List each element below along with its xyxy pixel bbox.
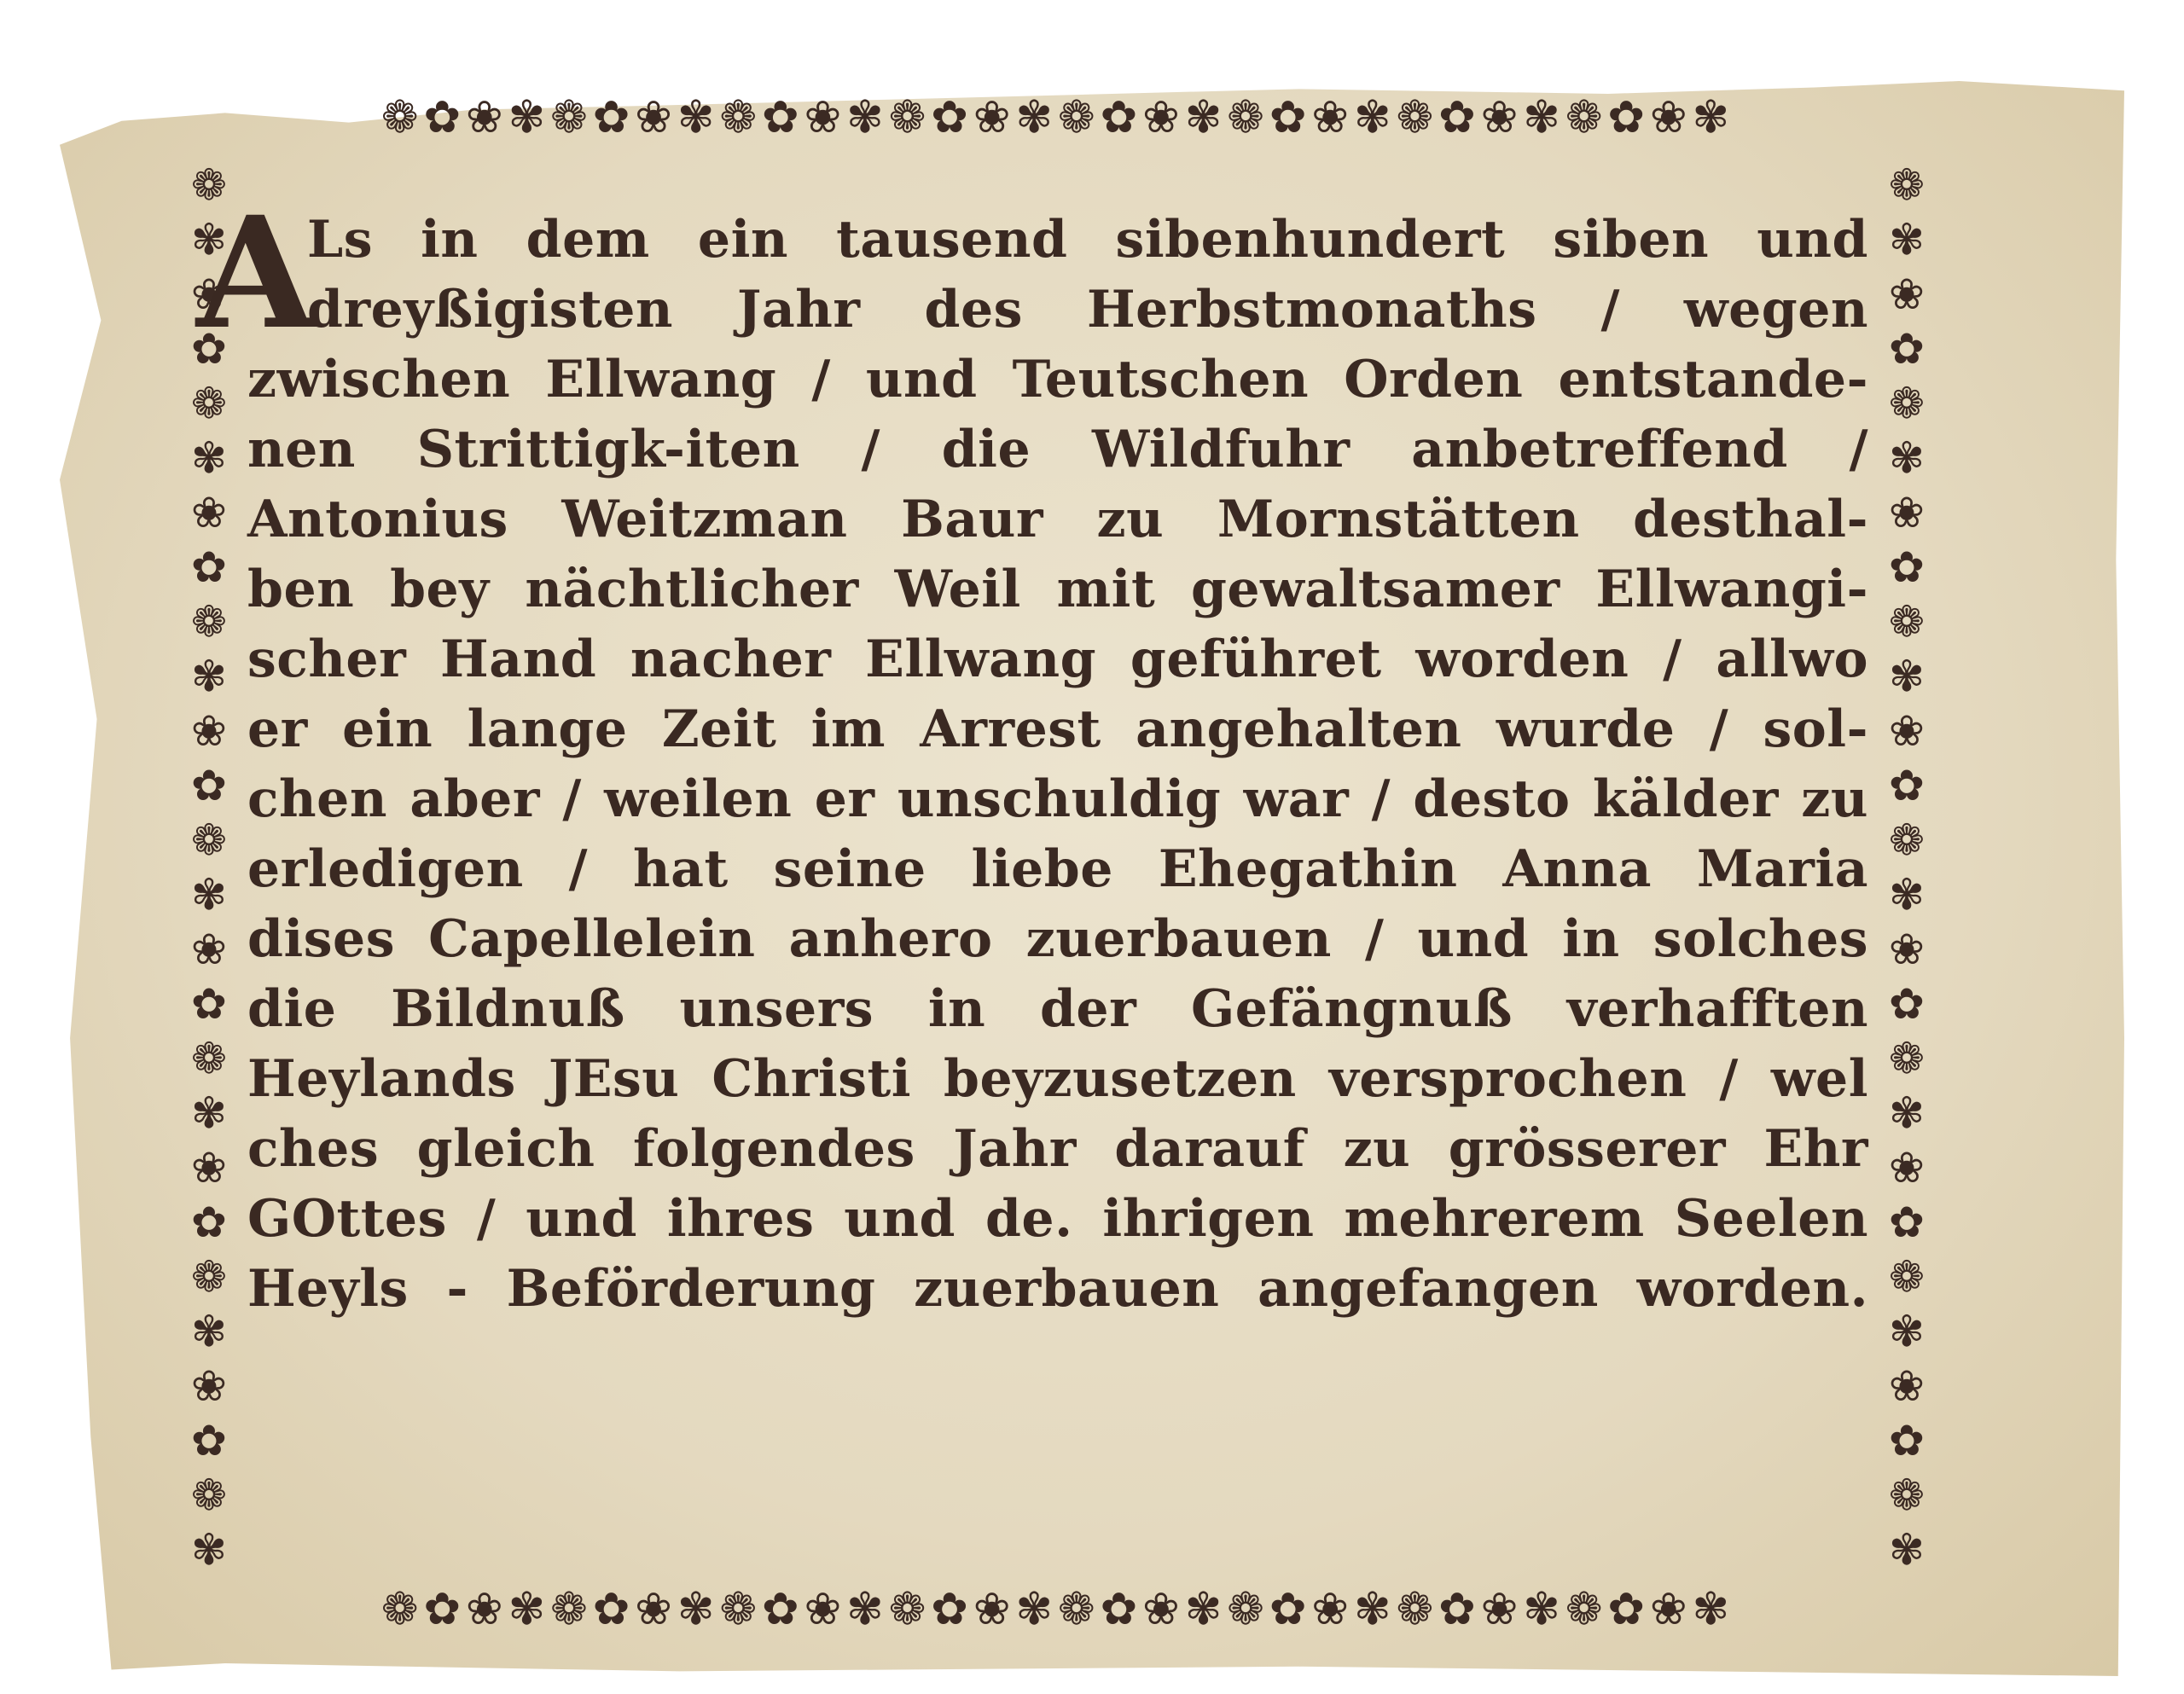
text-line: die Bildnuß unsers in der Gefängnuß verh… bbox=[247, 974, 1868, 1044]
text-line: ches gleich folgendes Jahr darauf zu grö… bbox=[247, 1114, 1868, 1184]
text-line: dises Capellelein anhero zuerbauen / und… bbox=[247, 904, 1868, 974]
floral-border-bottom-icon: ❁✿❀✾❁✿❀✾❁✿❀✾❁✿❀✾❁✿❀✾❁✿❀✾❁✿❀✾❁✿❀✾ bbox=[179, 1581, 1937, 1638]
document-body: A Ls in dem ein tausend sibenhundert sib… bbox=[247, 205, 1868, 1324]
text-line: Heyls - Beförderung zuerbauen angefangen… bbox=[247, 1254, 1868, 1324]
text-line: scher Hand nacher Ellwang geführet worde… bbox=[247, 624, 1868, 694]
floral-border-right-icon: ❁✾❀✿❁✾❀✿❁✾❀✿❁✾❀✿❁✾❀✿❁✾❀✿❁✾ bbox=[1877, 158, 1937, 1569]
text-line: er ein lange Zeit im Arrest angehalten w… bbox=[247, 694, 1868, 764]
text-line: chen aber / weilen er unschuldig war / d… bbox=[247, 764, 1868, 834]
text-line: dreyßigisten Jahr des Herbstmonaths / we… bbox=[247, 275, 1868, 345]
text-line: zwischen Ellwang / und Teutschen Orden e… bbox=[247, 345, 1868, 415]
text-line: Ls in dem ein tausend sibenhundert siben… bbox=[247, 205, 1868, 275]
text-line: nen Strittigk-iten / die Wildfuhr anbetr… bbox=[247, 415, 1868, 484]
text-line: GOttes / und ihres und de. ihrigen mehre… bbox=[247, 1184, 1868, 1254]
text-line: Heylands JEsu Christi beyzusetzen verspr… bbox=[247, 1044, 1868, 1114]
drop-cap: A bbox=[196, 201, 316, 346]
floral-border-left-icon: ❁✾❀✿❁✾❀✿❁✾❀✿❁✾❀✿❁✾❀✿❁✾❀✿❁✾ bbox=[179, 158, 239, 1569]
text-line: erledigen / hat seine liebe Ehegathin An… bbox=[247, 834, 1868, 904]
text-line: ben bey nächtlicher Weil mit gewaltsamer… bbox=[247, 554, 1868, 624]
floral-border-top-icon: ❁✿❀✾❁✿❀✾❁✿❀✾❁✿❀✾❁✿❀✾❁✿❀✾❁✿❀✾❁✿❀✾ bbox=[179, 90, 1937, 146]
text-line: Antonius Weitzman Baur zu Mornstätten de… bbox=[247, 484, 1868, 554]
